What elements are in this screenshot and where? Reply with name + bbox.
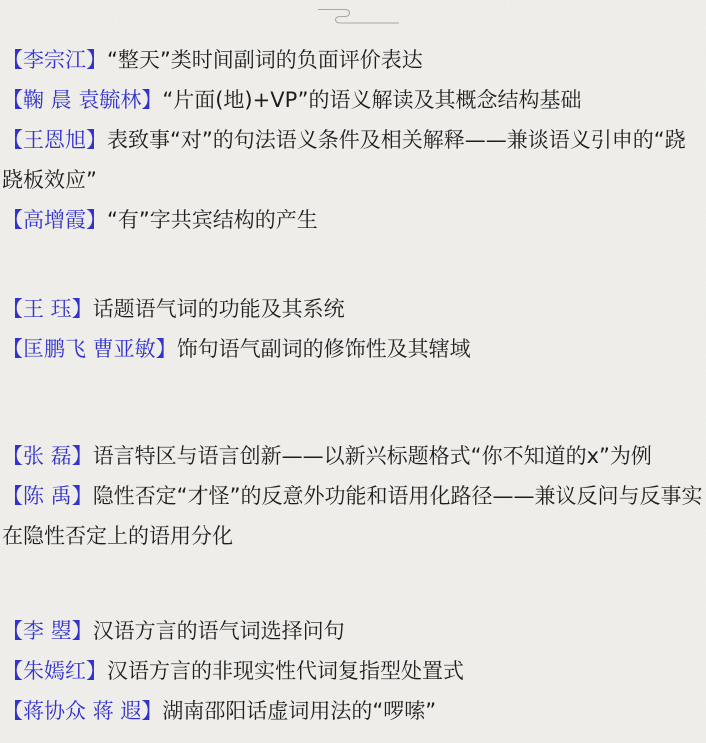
squiggle-divider-icon [315,7,401,25]
entry-title: 汉语方言的非现实性代词复指型处置式 [107,659,464,683]
entry-title: “有”字共宾结构的产生 [107,208,318,232]
entry-authors: 【匡鹏飞 曹亚敏】 [2,337,177,361]
entry-authors: 【李宗江】 [2,48,107,72]
entry-title: “整天”类时间副词的负面评价表达 [107,48,423,72]
toc-entry: 【匡鹏飞 曹亚敏】饰句语气副词的修饰性及其辖域 [2,329,704,369]
entry-group-1: 【李宗江】“整天”类时间副词的负面评价表达【鞠 晨 袁毓林】“片面(地)+VP”… [2,40,704,240]
toc-list: 【李宗江】“整天”类时间副词的负面评价表达【鞠 晨 袁毓林】“片面(地)+VP”… [2,40,704,731]
entry-group-2: 【王 珏】话题语气词的功能及其系统【匡鹏飞 曹亚敏】饰句语气副词的修饰性及其辖域 [2,289,704,369]
toc-entry: 【高增霞】“有”字共宾结构的产生 [2,200,704,240]
entry-title: “片面(地)+VP”的语义解读及其概念结构基础 [162,88,581,112]
entry-group-3: 【张 磊】语言特区与语言创新——以新兴标题格式“你不知道的x”为例【陈 禹】隐性… [2,436,704,556]
entry-authors: 【王恩旭】 [2,128,107,152]
toc-entry: 【王 珏】话题语气词的功能及其系统 [2,289,704,329]
toc-entry: 【鞠 晨 袁毓林】“片面(地)+VP”的语义解读及其概念结构基础 [2,80,704,120]
entry-title: 话题语气词的功能及其系统 [93,297,345,321]
entry-title: 饰句语气副词的修饰性及其辖域 [177,337,471,361]
toc-entry: 【蒋协众 蒋 遐】湖南邵阳话虚词用法的“啰嗦” [2,691,704,731]
entry-authors: 【朱嫣红】 [2,659,107,683]
entry-authors: 【鞠 晨 袁毓林】 [2,88,162,112]
entry-group-4: 【李 曌】汉语方言的语气词选择问句【朱嫣红】汉语方言的非现实性代词复指型处置式【… [2,611,704,731]
entry-authors: 【王 珏】 [2,297,93,321]
entry-title: 隐性否定“才怪”的反意外功能和语用化路径——兼议反问与反事实在隐性否定上的语用分… [2,484,702,548]
entry-title: 语言特区与语言创新——以新兴标题格式“你不知道的x”为例 [93,444,652,468]
entry-authors: 【高增霞】 [2,208,107,232]
toc-entry: 【李 曌】汉语方言的语气词选择问句 [2,611,704,651]
entry-authors: 【李 曌】 [2,619,93,643]
toc-entry: 【王恩旭】表致事“对”的句法语义条件及相关解释——兼谈语义引申的“跷跷板效应” [2,120,704,200]
toc-entry: 【朱嫣红】汉语方言的非现实性代词复指型处置式 [2,651,704,691]
toc-entry: 【李宗江】“整天”类时间副词的负面评价表达 [2,40,704,80]
entry-title: 湖南邵阳话虚词用法的“啰嗦” [162,699,436,723]
entry-authors: 【张 磊】 [2,444,93,468]
entry-authors: 【蒋协众 蒋 遐】 [2,699,162,723]
entry-title: 汉语方言的语气词选择问句 [93,619,345,643]
toc-entry: 【陈 禹】隐性否定“才怪”的反意外功能和语用化路径——兼议反问与反事实在隐性否定… [2,476,704,556]
toc-entry: 【张 磊】语言特区与语言创新——以新兴标题格式“你不知道的x”为例 [2,436,704,476]
entry-authors: 【陈 禹】 [2,484,93,508]
